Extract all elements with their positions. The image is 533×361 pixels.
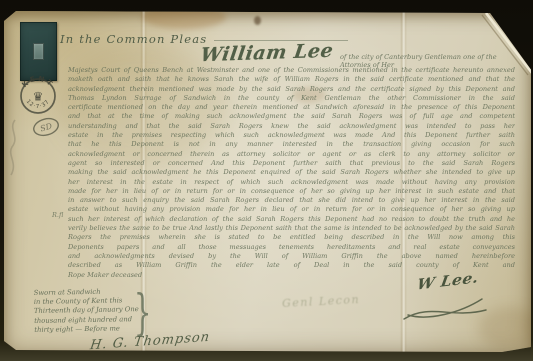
handwritten-line: in answer to such enquiry the said Sarah… [68, 196, 515, 205]
pencil-annotation: Genl Lecon [282, 293, 361, 310]
court-heading-text: In the Common Pleas [60, 32, 207, 46]
stain-mark [478, 307, 531, 349]
handwritten-line: verily believes the same to be true And … [68, 224, 515, 233]
handwritten-line: her interest in the estate in respect of… [68, 178, 515, 187]
deponent-name-line: William Lee of the city of Canterbury Ge… [201, 42, 523, 69]
handwritten-line: and acknowledgments devised by the Will … [68, 252, 515, 261]
deponent-name: William Lee [199, 40, 335, 67]
sd-stamp-label: SD [39, 121, 53, 133]
ink-speck [254, 16, 261, 25]
handwritten-line: made for her in lieu of or in return for… [68, 187, 515, 196]
postmark-town-label: KENT [21, 75, 56, 89]
jurat-block: Sworn at Sandwichin the County of Kent t… [34, 287, 139, 335]
jurat-brace: } [134, 284, 152, 341]
handwritten-line: Rogers the premises wherein she is state… [68, 233, 515, 242]
handwritten-line: acknowledgment therein mentioned was mad… [68, 85, 515, 94]
margin-initials: R.fl [52, 211, 63, 219]
document-paper: KENT 12·7·37 ♛ SD In the Common Pleas Wi… [4, 11, 531, 352]
handwritten-line: maketh oath and saith that he knows Sara… [68, 75, 515, 84]
affidavit-body: Majestys Court of Queens Bench at Westmi… [68, 66, 515, 280]
handwritten-line: Thomas Lyndon Surrage of Sandwich in the… [68, 94, 515, 103]
handwritten-line: understanding and that the said Sarah Ro… [68, 122, 515, 131]
svg-text:KENT: KENT [21, 75, 56, 89]
handwritten-line: making the said acknowledgment he this D… [68, 168, 515, 177]
handwritten-line: estate in the premises respecting which … [68, 131, 515, 140]
handwritten-line: acknowledgment or concerned therein as a… [68, 150, 515, 159]
handwritten-line: that he this Deponent is not in any mann… [68, 140, 515, 149]
handwritten-line: certificate mentioned on the day and yea… [68, 103, 515, 112]
crown-icon: ♛ [33, 90, 44, 104]
embossed-seal-mark [4, 117, 24, 181]
handwritten-line: and that at the time of making such ackn… [68, 112, 515, 121]
handwritten-line: estate without having any provision made… [68, 205, 515, 214]
stain-mark [142, 11, 226, 29]
handwritten-line: agent so interested or concerned And thi… [68, 159, 515, 168]
jurat-line: thirty eight — Before me [34, 324, 138, 335]
handwritten-line: Deponents papers and all those messuages… [68, 243, 515, 252]
handwritten-line: such her interest of which declaration o… [68, 215, 515, 224]
handwritten-line: described as William Griffin the elder l… [68, 261, 515, 270]
handwritten-line: Majestys Court of Queens Bench at Westmi… [68, 66, 515, 75]
scan-background: KENT 12·7·37 ♛ SD In the Common Pleas Wi… [0, 0, 533, 361]
revenue-stamp-emblem [33, 43, 44, 60]
